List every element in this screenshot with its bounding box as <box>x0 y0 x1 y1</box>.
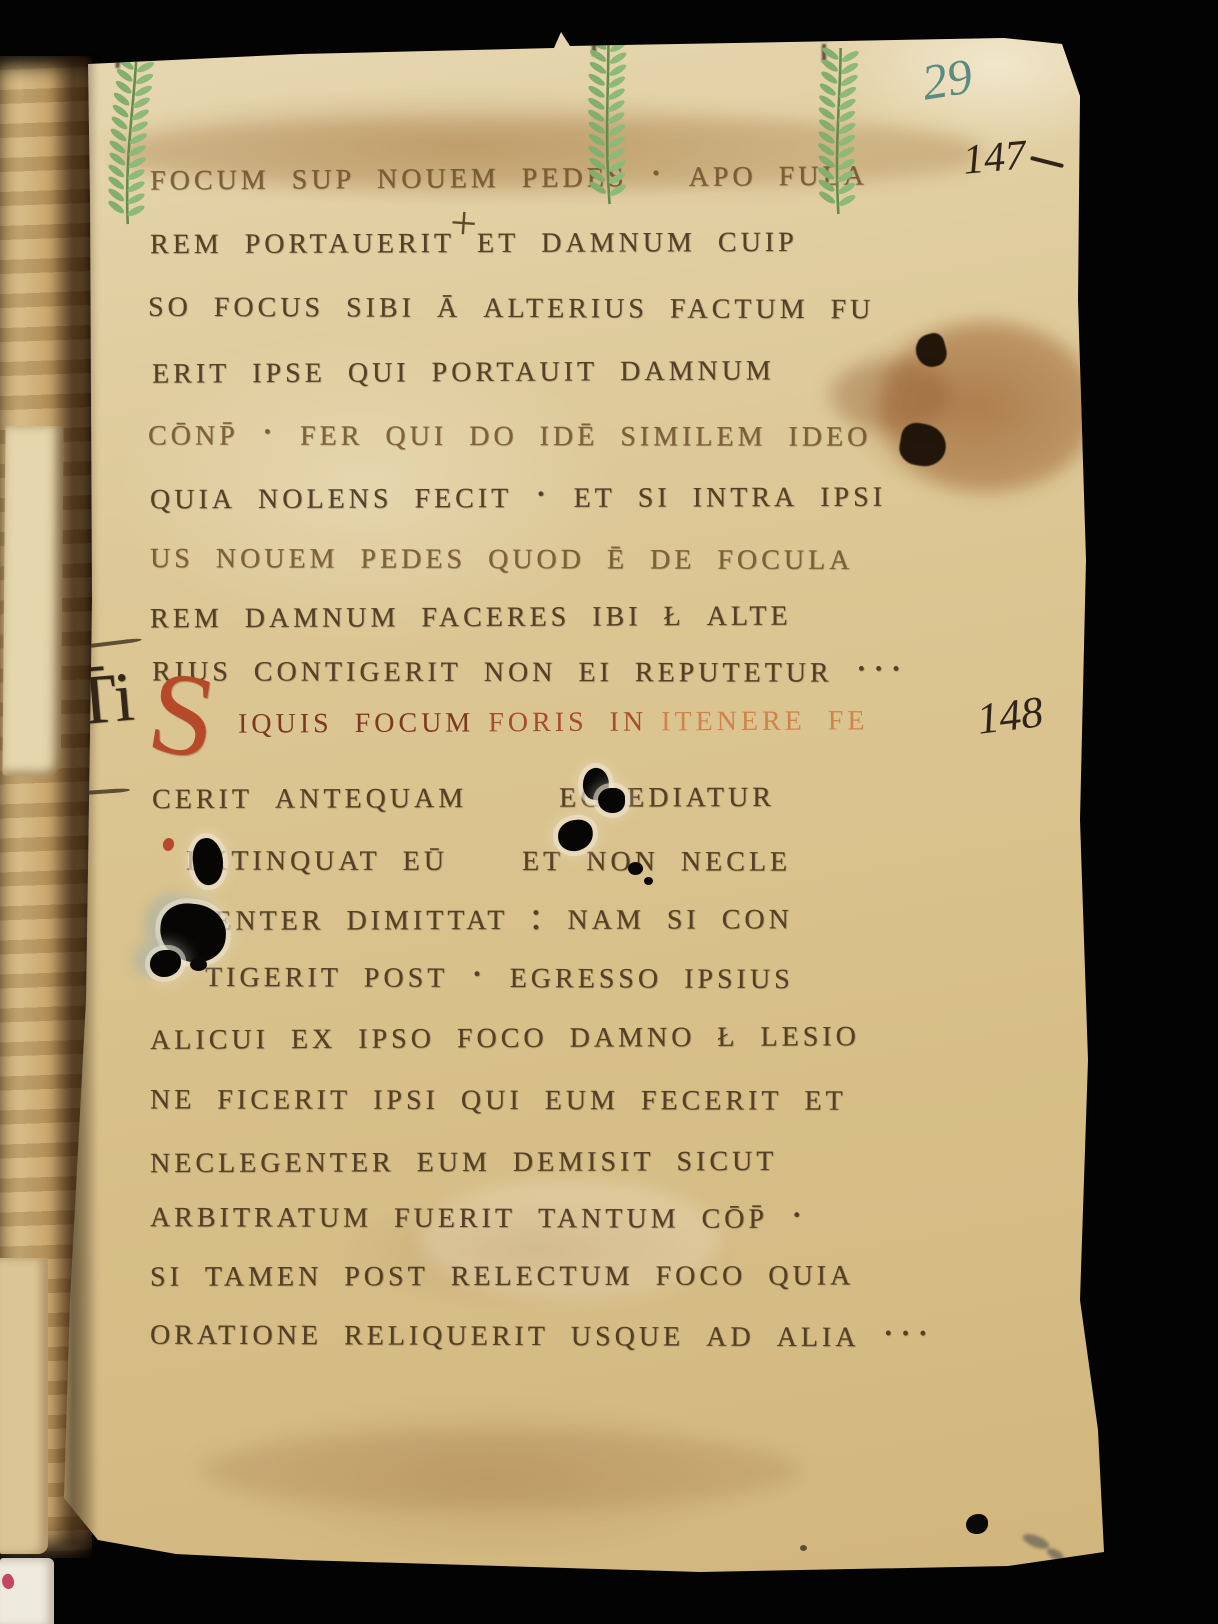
interlinear-cross-mark: + <box>448 195 479 252</box>
manuscript-line: rem damnum faceres ibi ł alte <box>150 588 792 638</box>
manuscript-line: genter dimittat : nam si con <box>190 891 793 940</box>
plant-sprig-icon <box>97 54 164 228</box>
manuscript-line: cōnp̄ · fer qui do idē similem ideo <box>148 407 871 455</box>
manuscript-line: ne ficerit ipsi qui eum fecerit et <box>150 1071 847 1119</box>
manuscript-line: alicui ex ipso foco damno ł lesio <box>150 1008 860 1059</box>
manuscript-line: extinquat eūet non necle <box>186 832 791 880</box>
margin-number-148: 148 <box>974 686 1046 745</box>
parchment-hole <box>644 877 653 885</box>
manuscript-line: rius contigerit non ei reputetur ··· <box>152 643 907 691</box>
paper-fragment <box>0 1558 54 1624</box>
manuscript-line: oratione reliquerit usque ad alia ··· <box>150 1307 934 1357</box>
manuscript-line: cerit antequamegrediatur <box>152 769 775 818</box>
parchment-hole <box>150 950 181 977</box>
gutter-shadow <box>52 58 98 1546</box>
lower-leaf-edge <box>0 1258 48 1554</box>
margin-flourish <box>1030 156 1064 168</box>
ink-smudge <box>1045 1546 1066 1563</box>
rubric-initial-dot <box>162 837 176 852</box>
line-part: cerit antequam <box>152 771 467 817</box>
folio-number-pencil: 29 <box>918 46 976 111</box>
parchment-hole <box>598 788 625 813</box>
parchment-page: focum sup nouem pedes · apo fula rem por… <box>0 0 1218 1624</box>
plant-sprig-icon <box>581 36 636 207</box>
manuscript-line: erit ipse qui portauit damnum <box>152 342 775 392</box>
manuscript-line: neclegenter eum demisit sicut <box>150 1133 777 1182</box>
ink-speck <box>800 1545 807 1551</box>
manuscript-line: focum sup nouem pedes · apo fula <box>150 147 868 199</box>
manuscript-line: us nouem pedes quod ē de focula <box>150 530 853 579</box>
parchment-hole <box>966 1514 988 1534</box>
manuscript-line: quia nolens fecit · et si intra ipsi <box>150 469 886 519</box>
line-part: extinquat eū <box>186 833 448 878</box>
parchment-hole <box>190 958 207 971</box>
manuscript-line: so focus sibi ā alterius factum fu <box>148 279 875 329</box>
rubric-text: iquis focum <box>238 695 474 741</box>
plant-sprig-icon <box>808 45 867 217</box>
rubric-text: itenere fe <box>661 693 869 739</box>
manuscript-scan: focum sup nouem pedes · apo fula rem por… <box>0 0 1218 1624</box>
manuscript-rubric-line: iquis focumforis initenere fe <box>238 692 869 742</box>
parchment-hole <box>628 862 643 875</box>
manuscript-line: tigerit post · egresso ipsius <box>205 949 794 998</box>
margin-number-147: 147 <box>961 131 1028 184</box>
manuscript-line: si tamen post relectum foco quia <box>150 1247 854 1295</box>
stain <box>200 1430 800 1510</box>
manuscript-line: arbitratum fuerit tantum cōp̄ · <box>150 1189 807 1238</box>
rubric-text: foris in <box>488 695 647 741</box>
